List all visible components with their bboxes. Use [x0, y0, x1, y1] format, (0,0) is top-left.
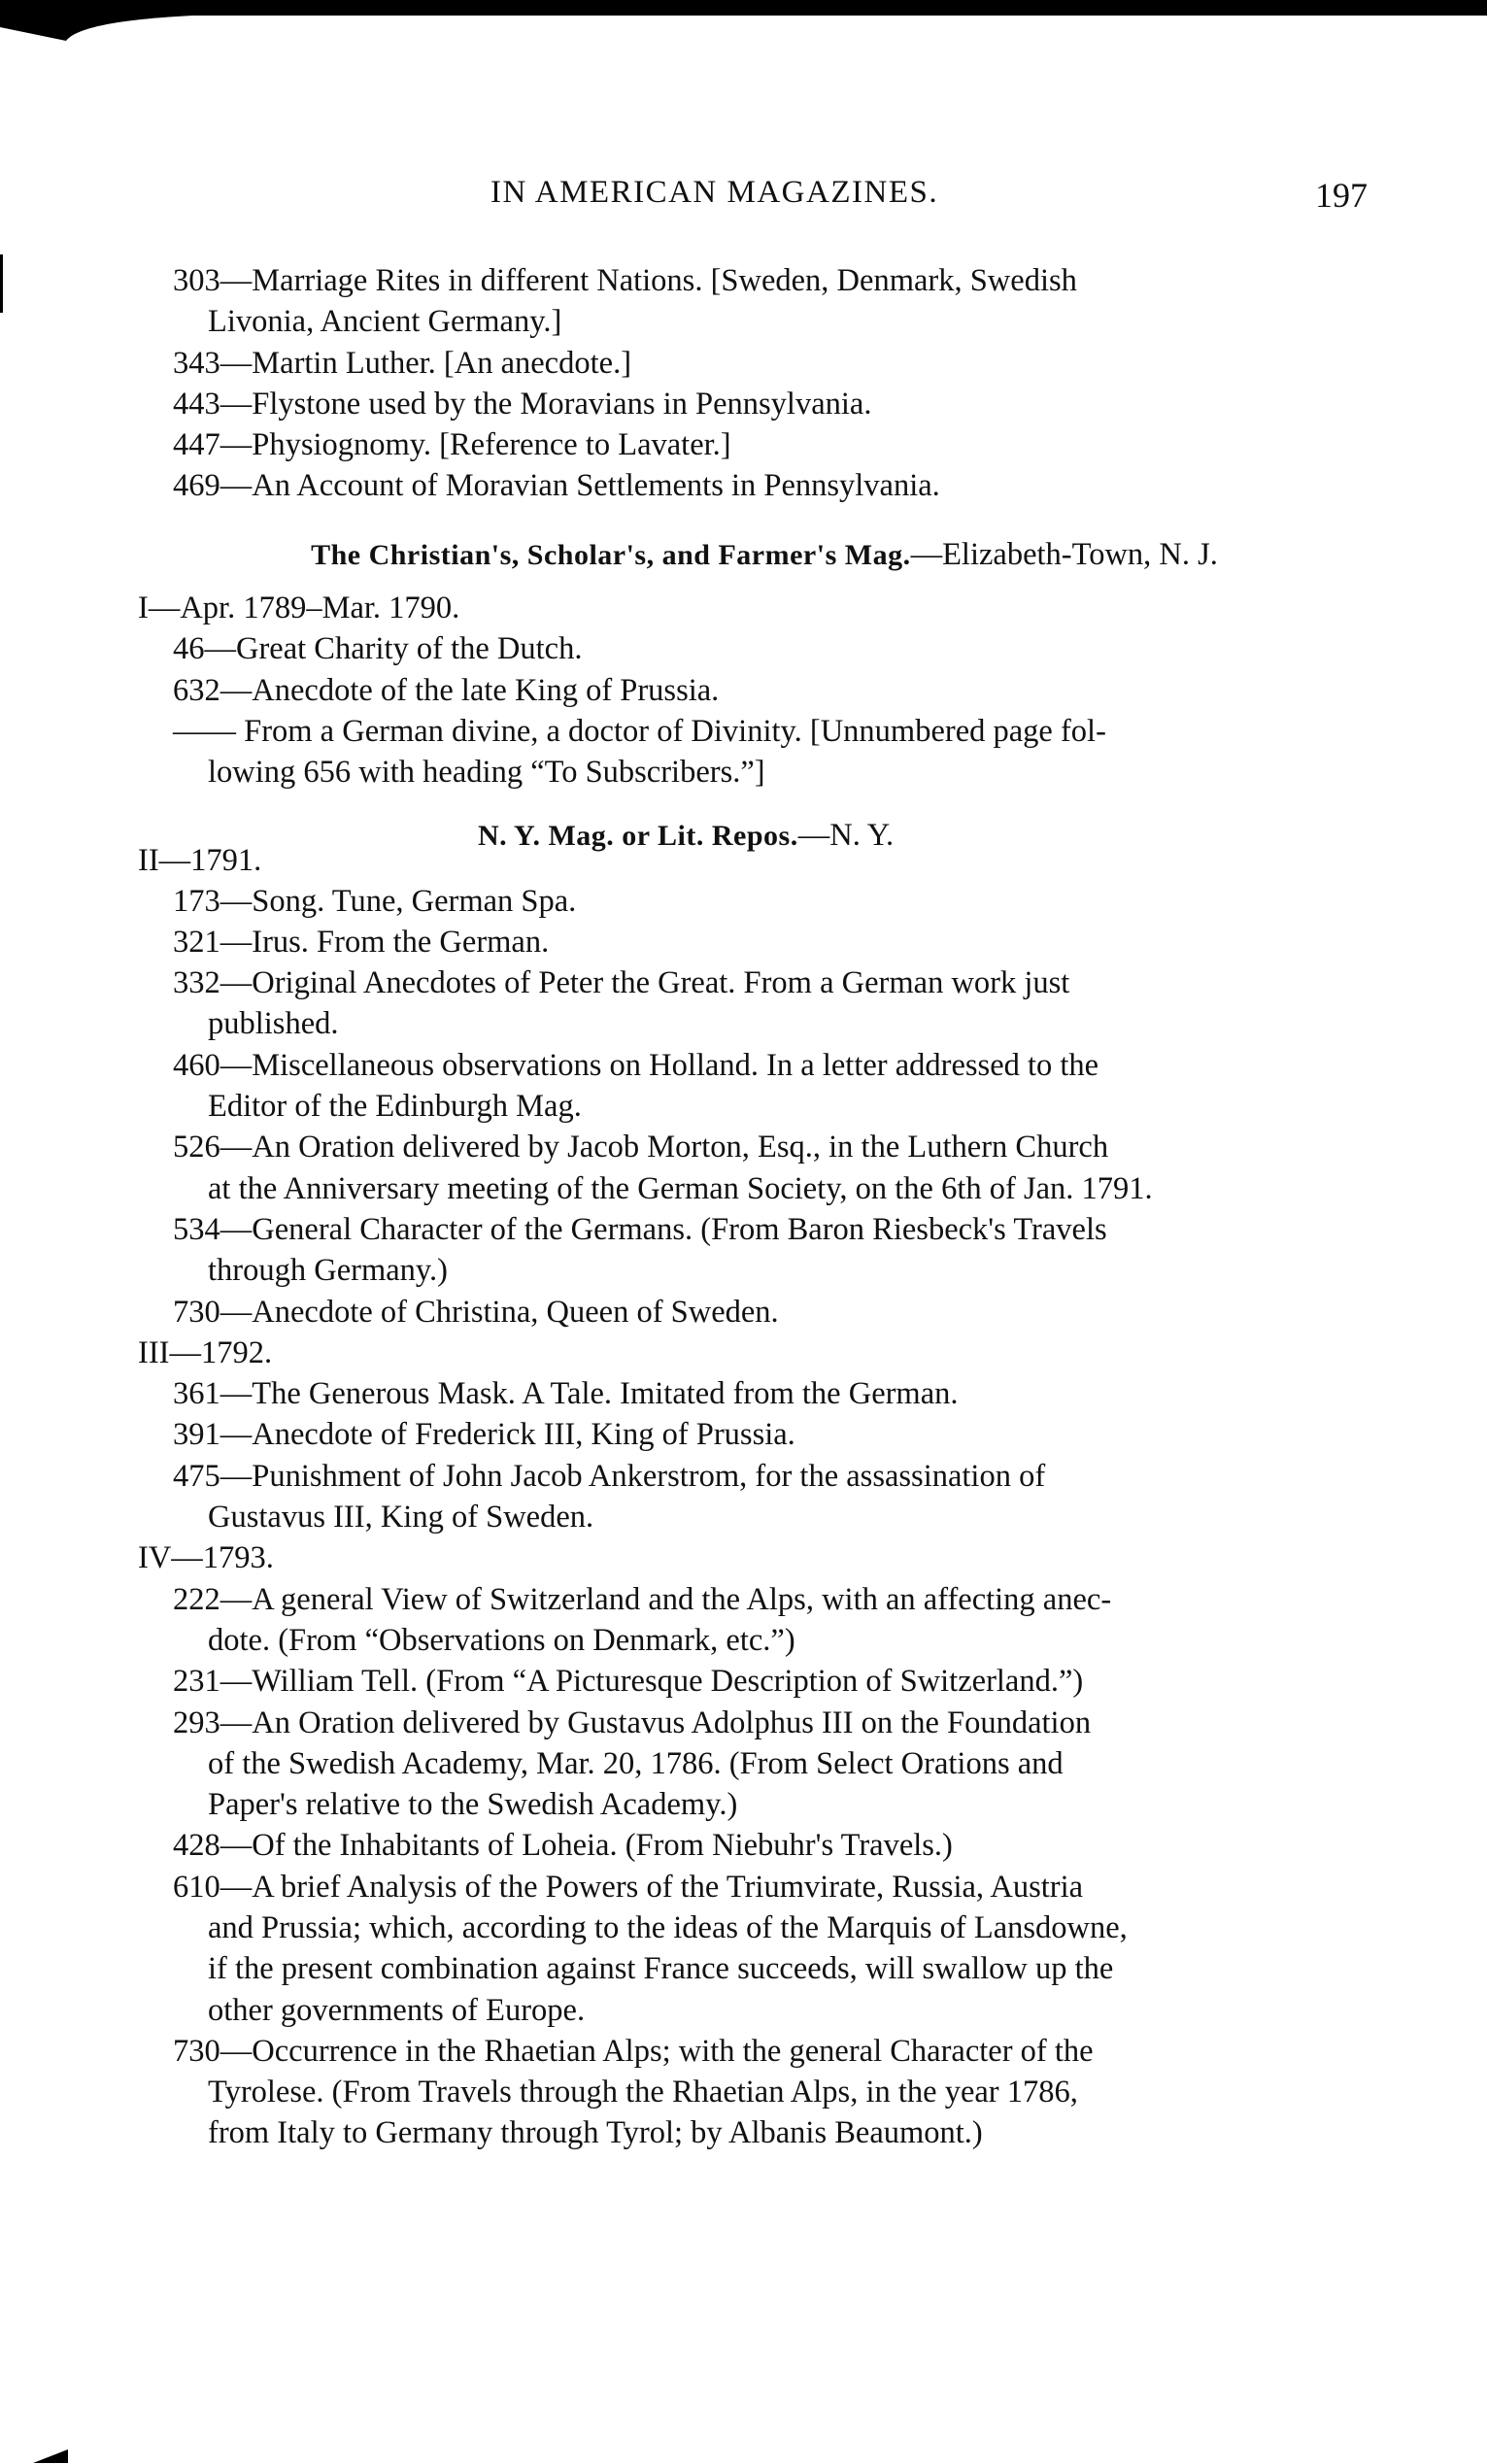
entry-text: Anecdote of the late King of Prussia. — [252, 673, 719, 708]
entry-continuation: through Germany.) — [173, 1250, 1352, 1291]
entry: 222—A general View of Switzerland and th… — [138, 1579, 1352, 1662]
entry-text: Physiognomy. [Reference to Lavater.] — [252, 427, 730, 462]
entry-text: Miscellaneous observations on Holland. I… — [252, 1048, 1098, 1083]
dash: — — [220, 1376, 253, 1411]
entry-text: Occurrence in the Rhaetian Alps; with th… — [252, 2034, 1093, 2069]
entry-continuation: Livonia, Ancient Germany.] — [173, 301, 1352, 342]
entry-continuation: of the Swedish Academy, Mar. 20, 1786. (… — [173, 1743, 1352, 1784]
volume-label: II—1791. — [138, 840, 261, 881]
dash: — — [220, 263, 253, 298]
entry-page: 443 — [173, 387, 220, 422]
volume-label: I—Apr. 1789–Mar. 1790. — [138, 588, 1352, 628]
entry: 447—Physiognomy. [Reference to Lavater.] — [138, 424, 1352, 465]
entry-text: An Oration delivered by Jacob Morton, Es… — [252, 1130, 1108, 1164]
entry: 460—Miscellaneous observations on Hollan… — [138, 1045, 1352, 1128]
entry-text: Of the Inhabitants of Loheia. (From Nieb… — [252, 1828, 953, 1863]
scan-margin-line — [0, 254, 3, 313]
entry-page: 534 — [173, 1212, 220, 1247]
entry: 361—The Generous Mask. A Tale. Imitated … — [138, 1373, 1352, 1414]
entry-page: 526 — [173, 1130, 220, 1164]
entry-text: A general View of Switzerland and the Al… — [252, 1582, 1111, 1617]
scan-edge-curve — [0, 0, 1487, 49]
entry-continuation: other governments of Europe. — [173, 1990, 1352, 2031]
entry: 46—Great Charity of the Dutch. — [138, 628, 1352, 669]
page-number: 197 — [1315, 175, 1368, 216]
entry-text: Punishment of John Jacob Ankerstrom, for… — [252, 1459, 1045, 1494]
entry-continuation: published. — [173, 1003, 1352, 1044]
entry-text: An Account of Moravian Settlements in Pe… — [252, 468, 940, 503]
magazine-heading: The Christian's, Scholar's, and Farmer's… — [138, 534, 1352, 576]
dash: — — [220, 1417, 253, 1452]
dash: — — [220, 1130, 253, 1164]
dash: — — [220, 925, 253, 960]
entry-text: Martin Luther. [An anecdote.] — [252, 346, 631, 381]
running-title: IN AMERICAN MAGAZINES. — [490, 175, 938, 211]
entry: 391—Anecdote of Frederick III, King of P… — [138, 1414, 1352, 1455]
entry-page: 46 — [173, 631, 205, 666]
dash: — — [220, 1459, 253, 1494]
dash: — — [220, 965, 253, 1000]
prev-section: 303—Marriage Rites in different Nations.… — [138, 260, 1352, 507]
dash: — — [220, 1582, 253, 1617]
entry-continuation: lowing 656 with heading “To Subscribers.… — [173, 752, 1352, 793]
entry: 730—Anecdote of Christina, Queen of Swed… — [138, 1292, 1352, 1333]
entry-page: 730 — [173, 2034, 220, 2069]
entry-text: Anecdote of Christina, Queen of Sweden. — [252, 1295, 778, 1330]
entry: 610—A brief Analysis of the Powers of th… — [138, 1867, 1352, 2031]
entry: 231—William Tell. (From “A Picturesque D… — [138, 1661, 1352, 1702]
entry: 632—Anecdote of the late King of Prussia… — [138, 670, 1352, 711]
entry-continuation: and Prussia; which, according to the ide… — [173, 1907, 1352, 1948]
entry: 303—Marriage Rites in different Nations.… — [138, 260, 1352, 343]
entry: —— From a German divine, a doctor of Div… — [138, 711, 1352, 793]
entry-continuation: Paper's relative to the Swedish Academy.… — [173, 1784, 1352, 1825]
entry: 534—General Character of the Germans. (F… — [138, 1209, 1352, 1292]
entry-text: The Generous Mask. A Tale. Imitated from… — [252, 1376, 958, 1411]
entry-page: 391 — [173, 1417, 220, 1452]
entry-continuation: Tyrolese. (From Travels through the Rhae… — [173, 2072, 1352, 2112]
entry-page: 447 — [173, 427, 220, 462]
entry-page: 231 — [173, 1664, 220, 1699]
dash: — — [220, 1664, 253, 1699]
entry: 469—An Account of Moravian Settlements i… — [138, 465, 1352, 506]
volume-label: IV—1793. — [138, 1537, 1352, 1578]
magazine-place: —N. Y. — [798, 818, 894, 853]
dash: — — [220, 1048, 253, 1083]
entry-continuation: at the Anniversary meeting of the German… — [173, 1168, 1352, 1209]
entry-page: 632 — [173, 673, 220, 708]
dash: — — [220, 673, 253, 708]
entry-text: Great Charity of the Dutch. — [236, 631, 582, 666]
entry-page: 332 — [173, 965, 220, 1000]
entry-text: Anecdote of Frederick III, King of Pruss… — [252, 1417, 795, 1452]
dash: — — [220, 1705, 253, 1740]
entry-page: 428 — [173, 1828, 220, 1863]
entry: 526—An Oration delivered by Jacob Morton… — [138, 1127, 1352, 1209]
magazine-place: —Elizabeth-Town, N. J. — [911, 537, 1218, 572]
entry-text: Original Anecdotes of Peter the Great. F… — [252, 965, 1069, 1000]
dash: — — [220, 1295, 253, 1330]
entry-text: Flystone used by the Moravians in Pennsy… — [252, 387, 871, 422]
entry: 428—Of the Inhabitants of Loheia. (From … — [138, 1825, 1352, 1866]
entry-text: An Oration delivered by Gustavus Adolphu… — [252, 1705, 1091, 1740]
dash: — — [220, 1870, 253, 1905]
entry-page: 321 — [173, 925, 220, 960]
entry-page: 303 — [173, 263, 220, 298]
scan-corner-mark — [33, 2449, 68, 2463]
dash: — — [220, 884, 253, 919]
entry: 343—Martin Luther. [An anecdote.] — [138, 343, 1352, 384]
volume-label: III—1792. — [138, 1333, 1352, 1373]
entry-continuation: Gustavus III, King of Sweden. — [173, 1497, 1352, 1537]
dash: — — [220, 427, 253, 462]
entry-page: 610 — [173, 1870, 220, 1905]
entry: 173—Song. Tune, German Spa. — [138, 881, 1352, 922]
entry-continuation: dote. (From “Observations on Denmark, et… — [173, 1620, 1352, 1661]
running-head: IN AMERICAN MAGAZINES. 197 — [0, 175, 1487, 223]
magazine-name: N. Y. Mag. or Lit. Repos. — [478, 820, 798, 852]
entry-page: 730 — [173, 1295, 220, 1330]
magazine-heading: N. Y. Mag. or Lit. Repos.—N. Y. II—1791. — [138, 821, 1352, 861]
entry-text: General Character of the Germans. (From … — [252, 1212, 1106, 1247]
dash: — — [220, 346, 253, 381]
entry: 332—Original Anecdotes of Peter the Grea… — [138, 962, 1352, 1045]
dash: — — [220, 1212, 253, 1247]
page-body: 303—Marriage Rites in different Nations.… — [138, 260, 1352, 2154]
entry: 321—Irus. From the German. — [138, 922, 1352, 962]
entry: 293—An Oration delivered by Gustavus Ado… — [138, 1703, 1352, 1826]
entry-page: 222 — [173, 1582, 220, 1617]
entry-continuation: Editor of the Edinburgh Mag. — [173, 1086, 1352, 1127]
entry-page: —— — [173, 714, 236, 749]
entry-text: Irus. From the German. — [252, 925, 549, 960]
dash: — — [220, 1828, 253, 1863]
entry-text: Marriage Rites in different Nations. [Sw… — [252, 263, 1077, 298]
dash: — — [220, 468, 253, 503]
entry-continuation: if the present combination against Franc… — [173, 1948, 1352, 1989]
dash: — — [220, 2034, 253, 2069]
entry-page: 343 — [173, 346, 220, 381]
entry-text: A brief Analysis of the Powers of the Tr… — [252, 1870, 1083, 1905]
dash: — — [205, 631, 237, 666]
entry-text: William Tell. (From “A Picturesque Descr… — [252, 1664, 1083, 1699]
entry: 475—Punishment of John Jacob Ankerstrom,… — [138, 1456, 1352, 1538]
dash: — — [220, 387, 253, 422]
entry-text: From a German divine, a doctor of Divini… — [236, 714, 1106, 749]
entry-continuation: from Italy to Germany through Tyrol; by … — [173, 2112, 1352, 2153]
entry-text: Song. Tune, German Spa. — [252, 884, 576, 919]
entry-page: 173 — [173, 884, 220, 919]
entry: 730—Occurrence in the Rhaetian Alps; wit… — [138, 2031, 1352, 2154]
magazine-name: The Christian's, Scholar's, and Farmer's… — [311, 539, 911, 571]
entry: 443—Flystone used by the Moravians in Pe… — [138, 384, 1352, 424]
entry-page: 475 — [173, 1459, 220, 1494]
entry-page: 469 — [173, 468, 220, 503]
entry-page: 460 — [173, 1048, 220, 1083]
entry-page: 361 — [173, 1376, 220, 1411]
entry-page: 293 — [173, 1705, 220, 1740]
